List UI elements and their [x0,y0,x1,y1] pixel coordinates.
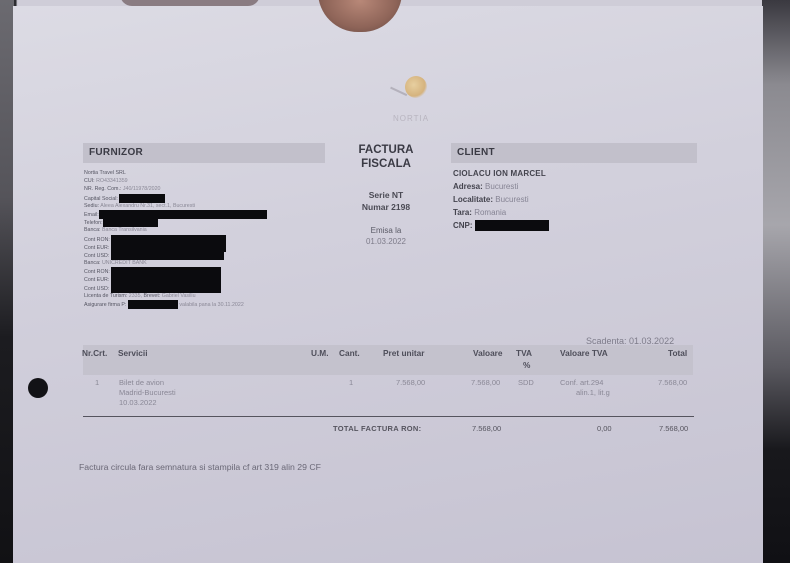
background-left [0,0,14,563]
client-country: Romania [474,208,506,217]
invoice-series: Serie NT Numar 2198 [331,189,441,213]
col-pret: Pret unitar [383,348,425,358]
finger-shadow [120,0,260,6]
col-nr: Nr.Crt. [82,348,107,358]
service-description: Bilet de avion Madrid-Bucuresti 10.03.20… [119,378,176,408]
col-cant: Cant. [339,348,360,358]
client-address: Bucuresti [485,182,518,191]
supplier-address: Aleea Alexandru Nr.31, sect.1, Bucuresti [100,203,195,209]
background-right [762,0,790,563]
company-logo: NORTIA [383,76,443,130]
total-amount: 7.568,00 [659,424,688,433]
document-title: FACTURA FISCALA [331,143,441,171]
col-tva-pct: % [523,360,530,370]
supplier-bank-1: Banca Transilvania [102,227,147,233]
client-city: Bucuresti [495,195,528,204]
footer-note: Factura circula fara semnatura si stampi… [79,462,321,472]
supplier-header: FURNIZOR [83,143,325,163]
client-header: CLIENT [451,143,697,163]
redacted-insurance [128,300,178,309]
invoice-number: Numar 2198 [331,201,441,213]
logo-wing-icon [387,87,408,104]
col-servicii: Servicii [118,348,148,358]
redacted-cnp [475,220,549,231]
issue-date: Emisa la 01.03.2022 [331,225,441,247]
logo-sun-icon [405,76,427,98]
total-label: TOTAL FACTURA RON: [333,424,421,433]
col-valoare: Valoare [473,348,503,358]
col-tva: TVA [516,348,532,358]
supplier-name: Nortia Travel SRL [84,170,126,176]
supplier-reg-no: J40/11978/2020 [123,186,161,192]
table-divider [83,416,694,417]
invoice-paper: NORTIA FURNIZOR CLIENT Nortia Travel SRL… [13,6,763,563]
total-valoare-tva: 0,00 [597,424,612,433]
col-total: Total [668,348,687,358]
supplier-bank-2: UNICREDIT BANK [102,260,147,266]
supplier-cui: RO43341359 [96,178,128,184]
col-um: U.M. [311,348,329,358]
client-name: CIOLACU ION MARCEL [453,167,549,180]
total-valoare: 7.568,00 [472,424,501,433]
supplier-brevet: Gabriel Vasiliu [162,293,196,299]
logo-text: NORTIA [393,114,429,123]
client-details: CIOLACU ION MARCEL Adresa: Bucuresti Loc… [453,167,549,232]
punch-hole [28,378,48,398]
supplier-details: Nortia Travel SRL CUI: RO43341359 NR. Re… [84,169,267,308]
col-valoare-tva: Valoare TVA [560,348,608,358]
